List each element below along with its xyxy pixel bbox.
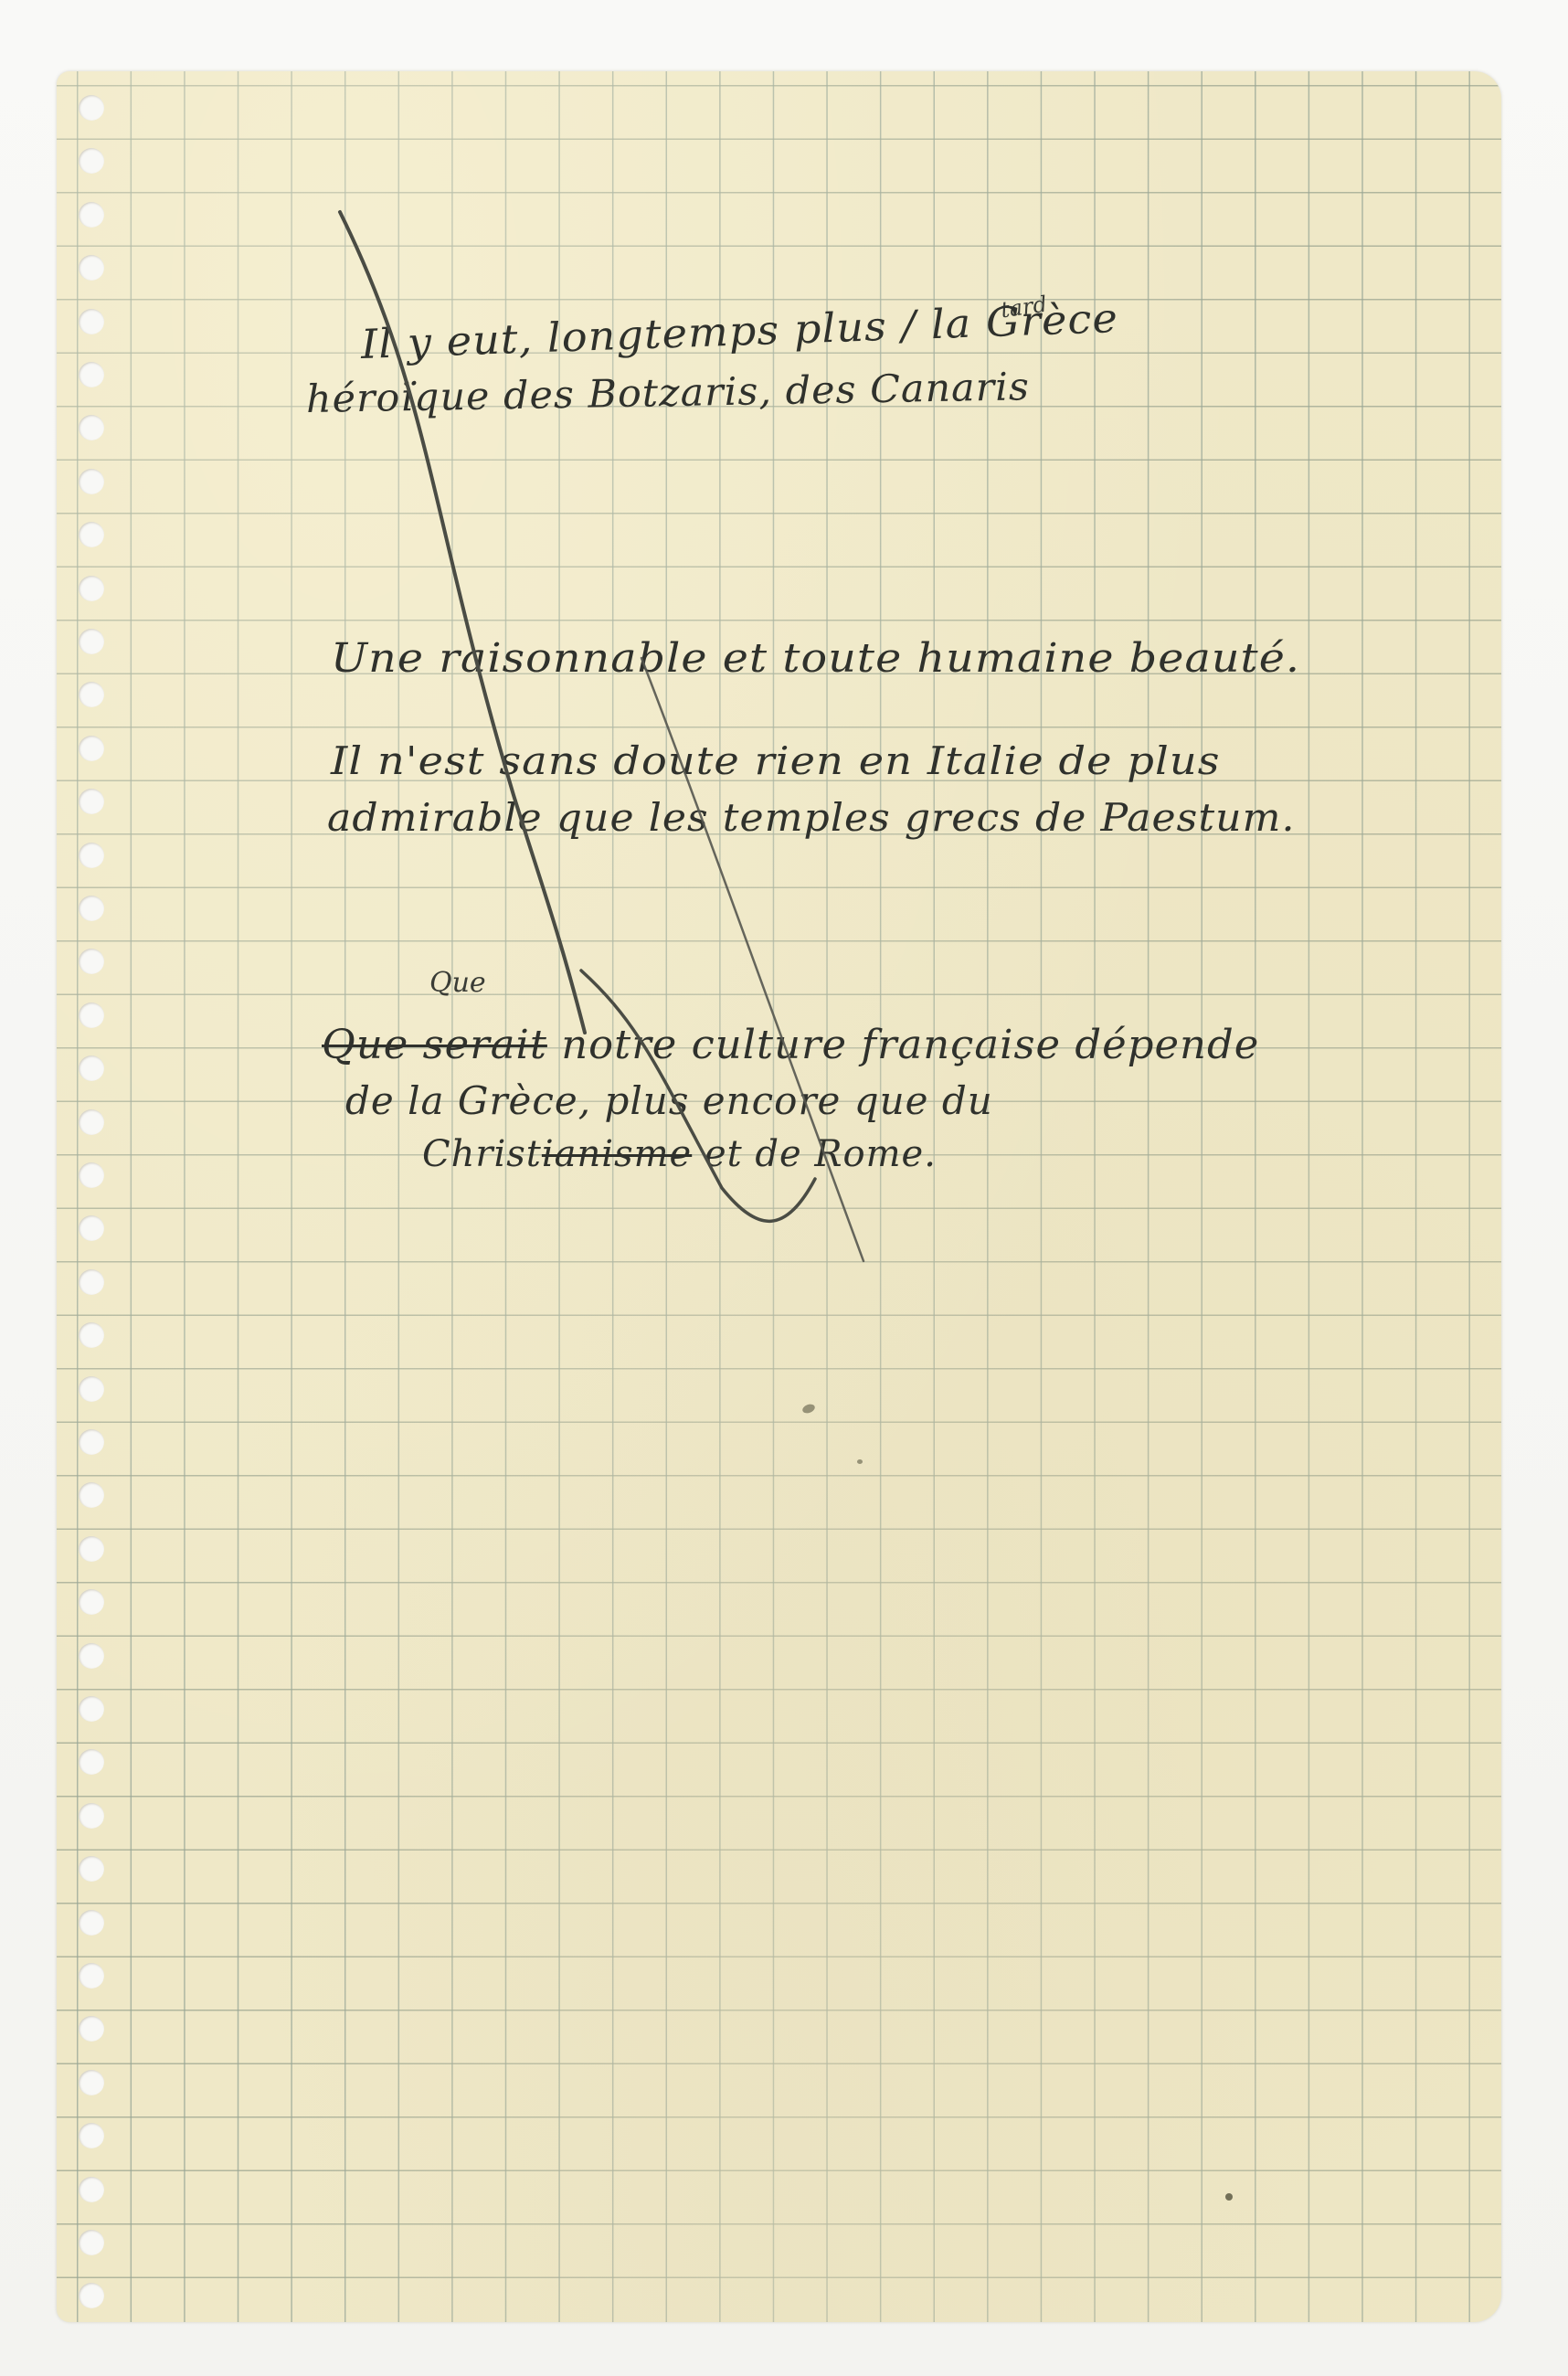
punch-hole	[79, 1162, 104, 1188]
punch-hole	[79, 202, 104, 228]
manuscript-page	[57, 71, 1501, 2322]
punch-hole	[79, 362, 104, 387]
punch-hole	[79, 576, 104, 601]
punch-hole	[79, 629, 104, 654]
punch-hole	[79, 1376, 104, 1402]
punch-hole	[79, 1002, 104, 1028]
punch-hole	[79, 1696, 104, 1722]
punch-hole	[79, 2230, 104, 2255]
punch-hole	[79, 2070, 104, 2095]
punch-hole	[79, 896, 104, 921]
punch-hole	[79, 469, 104, 494]
punch-hole	[79, 843, 104, 868]
punch-hole	[79, 1322, 104, 1348]
punch-hole	[79, 255, 104, 281]
punch-hole	[79, 2123, 104, 2148]
punch-hole	[79, 309, 104, 334]
punch-hole	[79, 1055, 104, 1081]
punch-hole	[79, 1589, 104, 1615]
punch-hole	[79, 789, 104, 814]
punch-hole	[79, 1429, 104, 1455]
punch-hole	[79, 1910, 104, 1936]
punch-hole	[79, 1856, 104, 1882]
punch-hole	[79, 2177, 104, 2202]
punch-hole	[79, 736, 104, 761]
paper-aging-tone	[57, 71, 1501, 2322]
punch-hole	[79, 1963, 104, 1989]
punch-hole	[79, 95, 104, 121]
punch-hole	[79, 1269, 104, 1295]
punch-hole	[79, 1109, 104, 1135]
punch-hole	[79, 522, 104, 547]
punch-hole	[79, 1803, 104, 1829]
punch-hole	[79, 1536, 104, 1562]
punch-hole	[79, 1643, 104, 1669]
